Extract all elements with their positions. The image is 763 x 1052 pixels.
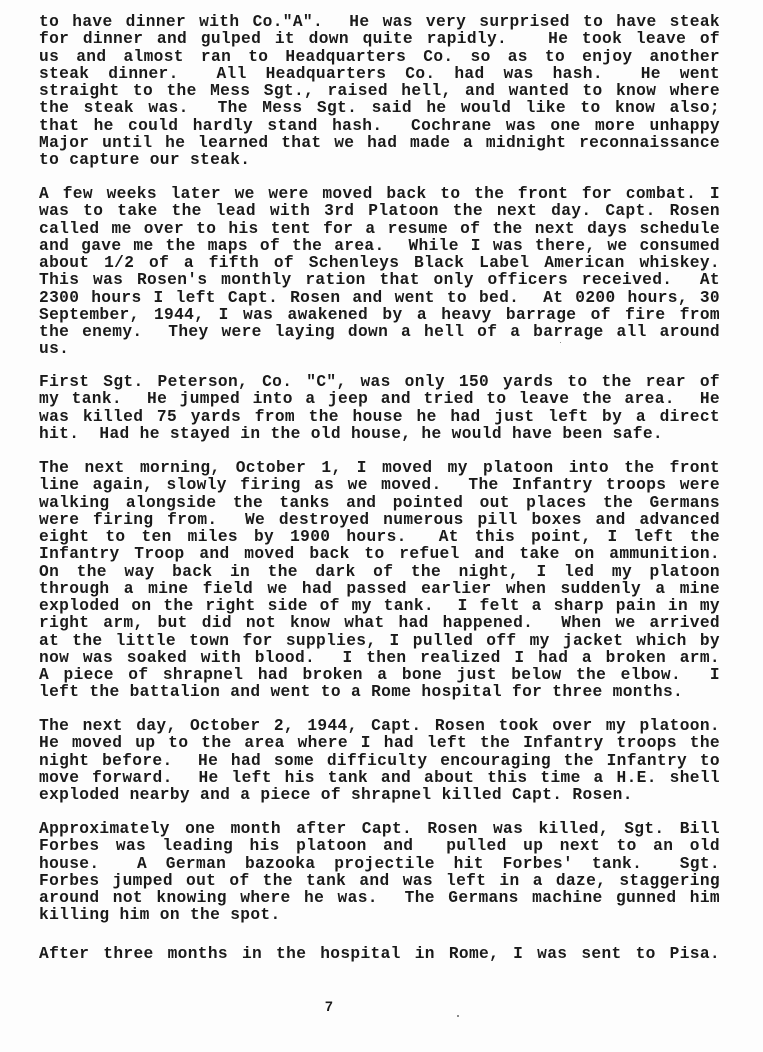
text-line: killing him on the spot. <box>39 907 720 924</box>
paragraph-pisa: After three months in the hospital in Ro… <box>39 946 720 963</box>
text-line: eight to ten miles by 1900 hours. At thi… <box>39 529 720 546</box>
text-line: the steak was. The Mess Sgt. said he wou… <box>39 100 720 117</box>
text-line: to capture our steak. <box>39 152 720 169</box>
text-line: September, 1944, I was awakened by a hea… <box>39 307 720 324</box>
paragraph-october-1: The next morning, October 1, I moved my … <box>39 460 720 702</box>
text-line: The next morning, October 1, I moved my … <box>39 460 720 477</box>
page-number: 7 <box>325 998 333 1014</box>
text-line: at the little town for supplies, I pulle… <box>39 633 720 650</box>
text-line: exploded nearby and a piece of shrapnel … <box>39 787 720 804</box>
text-line: straight to the Mess Sgt., raised hell, … <box>39 83 720 100</box>
text-line: for dinner and gulped it down quite rapi… <box>39 31 720 48</box>
text-line: Major until he learned that we had made … <box>39 135 720 152</box>
paragraph-october-2: The next day, October 2, 1944, Capt. Ros… <box>39 718 720 804</box>
scan-speck <box>560 342 561 343</box>
text-line: hit. Had he stayed in the old house, he … <box>39 426 720 443</box>
document-page: to have dinner with Co."A". He was very … <box>0 0 763 1052</box>
text-line: This was Rosen's monthly ration that onl… <box>39 272 720 289</box>
paragraph-peterson: First Sgt. Peterson, Co. "C", was only 1… <box>39 374 720 443</box>
scan-speck <box>457 1015 459 1017</box>
text-line: now was soaked with blood. I then realiz… <box>39 650 720 667</box>
paragraph-steak-dinner: to have dinner with Co."A". He was very … <box>39 14 720 169</box>
text-line: us. <box>39 341 720 358</box>
text-line: right arm, but did not know what had hap… <box>39 615 720 632</box>
text-line: A piece of shrapnel had broken a bone ju… <box>39 667 720 684</box>
text-line: through a mine field we had passed earli… <box>39 581 720 598</box>
text-line: 2300 hours I left Capt. Rosen and went t… <box>39 290 720 307</box>
text-line: walking alongside the tanks and pointed … <box>39 495 720 512</box>
text-line: left the battalion and went to a Rome ho… <box>39 684 720 701</box>
text-line: move forward. He left his tank and about… <box>39 770 720 787</box>
text-line: Infantry Troop and moved back to refuel … <box>39 546 720 563</box>
text-line: house. A German bazooka projectile hit F… <box>39 856 720 873</box>
text-line: night before. He had some difficulty enc… <box>39 753 720 770</box>
text-line: line again, slowly firing as we moved. T… <box>39 477 720 494</box>
text-line: Approximately one month after Capt. Rose… <box>39 821 720 838</box>
text-line: that he could hardly stand hash. Cochran… <box>39 118 720 135</box>
text-line: around not knowing where he was. The Ger… <box>39 890 720 907</box>
text-line: On the way back in the dark of the night… <box>39 564 720 581</box>
text-line: the enemy. They were laying down a hell … <box>39 324 720 341</box>
text-line: First Sgt. Peterson, Co. "C", was only 1… <box>39 374 720 391</box>
text-line: Forbes was leading his platoon and pulle… <box>39 838 720 855</box>
text-line: was to take the lead with 3rd Platoon th… <box>39 203 720 220</box>
text-line: us and almost ran to Headquarters Co. so… <box>39 49 720 66</box>
text-line: The next day, October 2, 1944, Capt. Ros… <box>39 718 720 735</box>
text-line: He moved up to the area where I had left… <box>39 735 720 752</box>
paragraph-forbes: Approximately one month after Capt. Rose… <box>39 821 720 925</box>
text-line: to have dinner with Co."A". He was very … <box>39 14 720 31</box>
text-line: about 1/2 of a fifth of Schenleys Black … <box>39 255 720 272</box>
text-line: was killed 75 yards from the house he ha… <box>39 409 720 426</box>
text-line: After three months in the hospital in Ro… <box>39 946 720 963</box>
text-line: steak dinner. All Headquarters Co. had w… <box>39 66 720 83</box>
text-line: exploded on the right side of my tank. I… <box>39 598 720 615</box>
text-line: A few weeks later we were moved back to … <box>39 186 720 203</box>
text-line: were firing from. We destroyed numerous … <box>39 512 720 529</box>
text-line: called me over to his tent for a resume … <box>39 221 720 238</box>
text-line: and gave me the maps of the area. While … <box>39 238 720 255</box>
text-line: Forbes jumped out of the tank and was le… <box>39 873 720 890</box>
text-line: my tank. He jumped into a jeep and tried… <box>39 391 720 408</box>
paragraph-front-combat: A few weeks later we were moved back to … <box>39 186 720 359</box>
